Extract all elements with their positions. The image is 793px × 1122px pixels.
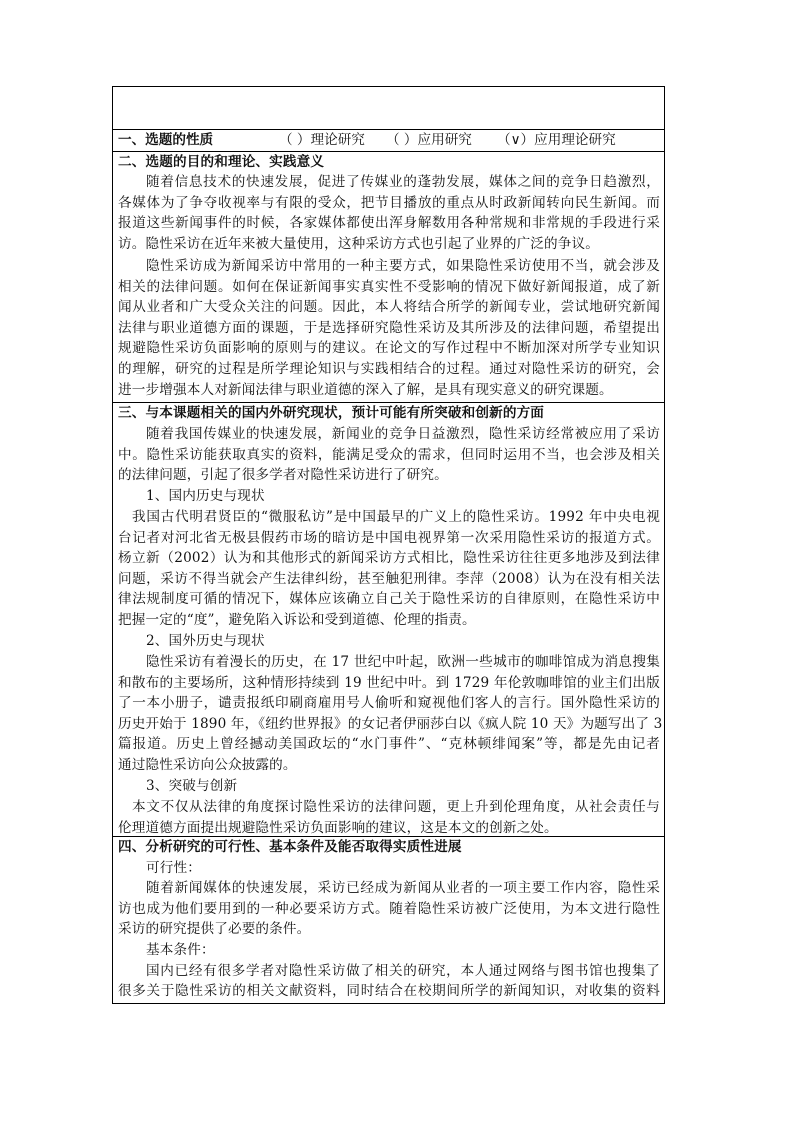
paragraph-line: 的理解，研究的过程是所学理论知识与实践相结合的过程。通过对隐性采访的研究，会 (118, 359, 660, 380)
section-research-status-row: 三、与本课题相关的国内外研究现状，预计可能有所突破和创新的方面 随着我国传媒业的… (113, 402, 664, 836)
subheading-feasibility: 可行性： (118, 858, 660, 879)
paragraph-line: 本文不仅从法律的角度探讨隐性采访的法律问题，更上升到伦理角度，从社会责任与 (118, 797, 660, 818)
paragraph-line: 国内已经有很多学者对隐性采访做了相关的研究，本人通过网络与图书馆也搜集了 (118, 961, 660, 982)
paragraph-line: 隐性采访成为新闻采访中常用的一种主要方式，如果隐性采访使用不当，就会涉及 (118, 256, 660, 277)
subheading-innovation: 3、突破与创新 (118, 776, 660, 797)
paragraph-line: 随着我国传媒业的快速发展，新闻业的竞争日益激烈，隐性采访经常被应用了采访 (118, 424, 660, 445)
section-research-status-heading: 三、与本课题相关的国内外研究现状，预计可能有所突破和创新的方面 (118, 403, 660, 424)
paragraph-line: 和散布的主要场所，这种情形持续到 19 世纪中叶。到 1729 年伦敦咖啡馆的业… (118, 673, 660, 694)
section-feasibility-row: 四、分析研究的可行性、基本条件及能否取得实质性进展 可行性： 随着新闻媒体的快速… (113, 836, 664, 1005)
paragraph-line: 法律与职业道德方面的课题，于是选择研究隐性采访及其所涉及的法律问题，希望提出 (118, 318, 660, 339)
paragraph-line: 律法规制度可循的情况下，媒体应该确立自己关于隐性采访的自律原则，在隐性采访中 (118, 589, 660, 610)
paragraph-line: 隐性采访有着漫长的历史，在 17 世纪中叶起，欧洲一些城市的咖啡馆成为消息搜集 (118, 652, 660, 673)
section-purpose-heading: 二、选题的目的和理论、实践意义 (118, 152, 660, 173)
paragraph-line: 的法律问题，引起了很多学者对隐性采访进行了研究。 (118, 465, 660, 486)
section-nature-heading: 一、选题的性质 (118, 130, 213, 150)
section-purpose-row: 二、选题的目的和理论、实践意义 随着信息技术的快速发展，促进了传媒业的蓬勃发展，… (113, 151, 664, 402)
paragraph-line: 我国古代明君贤臣的“微服私访”是中国最早的广义上的隐性采访。1992 年中央电视 (118, 507, 660, 528)
title-row (113, 87, 664, 129)
paragraph-line: 报道这些新闻事件的时候，各家媒体都使出浑身解数用各种常规和非常规的手段进行采 (118, 213, 660, 234)
proposal-form-table: 一、选题的性质 （ ）理论研究 （ ）应用研究 （∨）应用理论研究 二、选题的目… (112, 86, 665, 1004)
paragraph-line: 采访的研究提供了必要的条件。 (118, 919, 660, 940)
paragraph-line: 访也成为他们要用到的一种必要采访方式。随着隐性采访被广泛使用，为本文进行隐性 (118, 899, 660, 920)
section-nature-row: 一、选题的性质 （ ）理论研究 （ ）应用研究 （∨）应用理论研究 (113, 129, 664, 151)
paragraph-line: 了一本小册子，谴责报纸印刷商雇用号人偷听和窥视他们客人的言行。国外隐性采访的 (118, 693, 660, 714)
paragraph-line: 随着新闻媒体的快速发展，采访已经成为新闻从业者的一项主要工作内容，隐性采 (118, 878, 660, 899)
option-applied-theory-research[interactable]: （∨）应用理论研究 (497, 130, 616, 150)
paragraph-line: 规避隐性采访负面影响的原则与的建议。在论文的写作过程中不断加深对所学专业知识 (118, 338, 660, 359)
paragraph-line: 进一步增强本人对新闻法律与职业道德的深入了解，是具有现实意义的研究课题。 (118, 380, 660, 401)
paragraph-line: 问题，采访不得当就会产生法律纠纷，甚至触犯刑律。李萍（2008）认为在没有相关法 (118, 569, 660, 590)
paragraph-line: 中。隐性采访能获取真实的资料，能满足受众的需求，但同时运用不当，也会涉及相关 (118, 445, 660, 466)
subheading-domestic: 1、国内历史与现状 (118, 486, 660, 507)
paragraph-line: 把握一定的“度”，避免陷入诉讼和受到道德、伦理的指责。 (118, 610, 660, 631)
subheading-basic-conditions: 基本条件： (118, 940, 660, 961)
paragraph-line: 篇报道。历史上曾经撼动美国政坛的“水门事件”、“克林顿绯闻案”等，都是先由记者 (118, 734, 660, 755)
section-feasibility-heading: 四、分析研究的可行性、基本条件及能否取得实质性进展 (118, 837, 660, 858)
paragraph-line: 杨立新（2002）认为和其他形式的新闻采访方式相比，隐性采访往往更多地涉及到法律 (118, 548, 660, 569)
option-applied-research[interactable]: （ ）应用研究 (386, 130, 472, 150)
paragraph-line: 相关的法律问题。如何在保证新闻事实真实性不受影响的情况下做好新闻报道，成了新 (118, 277, 660, 298)
paragraph-line: 随着信息技术的快速发展，促进了传媒业的蓬勃发展，媒体之间的竞争日趋激烈， (118, 172, 660, 193)
paragraph-line: 访。隐性采访在近年来被大量使用，这种采访方式也引起了业界的广泛的争议。 (118, 234, 660, 255)
paragraph-line: 很多关于隐性采访的相关文献资料，同时结合在校期间所学的新闻知识，对收集的资料 (118, 981, 660, 1002)
paragraph-line: 台记者对河北省无极县假药市场的暗访是中国电视界第一次采用隐性采访的报道方式。 (118, 528, 660, 549)
option-theory-research[interactable]: （ ）理论研究 (279, 130, 365, 150)
paragraph-line: 各媒体为了争夺收视率与有限的受众，把节目播放的重点从时政新闻转向民生新闻。而 (118, 193, 660, 214)
paragraph-line: 闻从业者和广大受众关注的问题。因此，本人将结合所学的新闻专业，尝试地研究新闻 (118, 297, 660, 318)
subheading-foreign: 2、国外历史与现状 (118, 631, 660, 652)
paragraph-line: 历史开始于 1890 年，《纽约世界报》的女记者伊丽莎白以《疯人院 10 天》为… (118, 714, 660, 735)
paragraph-line: 通过隐性采访向公众披露的。 (118, 755, 660, 776)
